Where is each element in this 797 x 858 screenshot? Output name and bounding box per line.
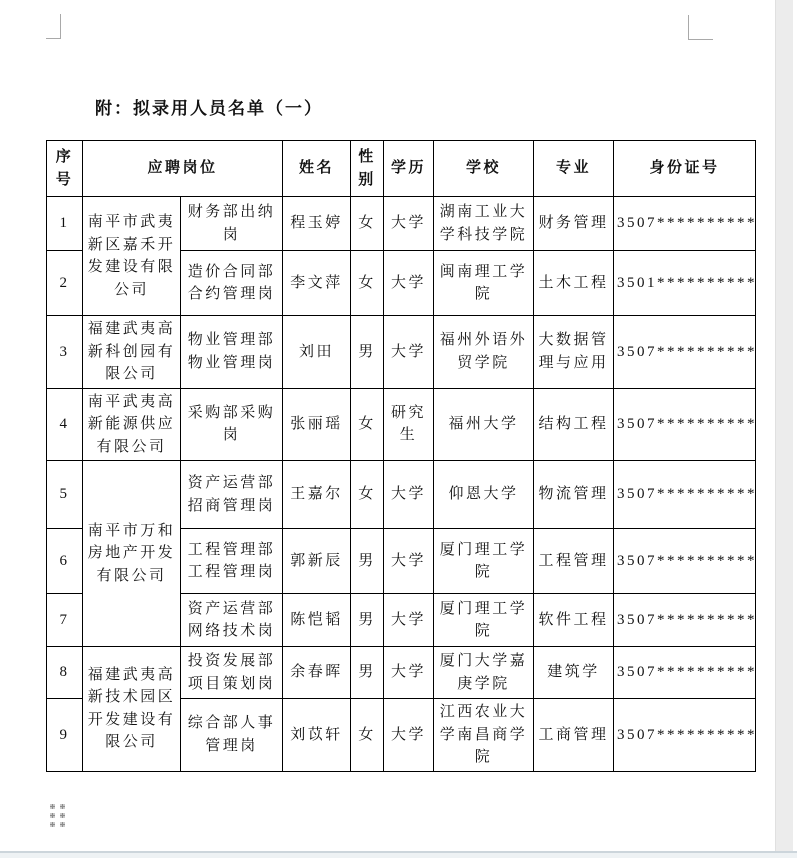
cell-school: 江西农业大学南昌商学院	[434, 699, 534, 772]
cell-major: 工商管理	[534, 699, 614, 772]
cell-name: 王嘉尔	[283, 461, 351, 529]
cell-school: 福州外语外贸学院	[434, 316, 534, 389]
dot-icon	[60, 813, 65, 818]
col-header-position: 应聘岗位	[83, 141, 283, 197]
table-row: 8福建武夷高新技术园区开发建设有限公司投资发展部项目策划岗余春晖男大学厦门大学嘉…	[47, 647, 756, 699]
cell-id-number: 3507**********493X	[614, 529, 756, 594]
cell-name: 刘苡轩	[283, 699, 351, 772]
cell-gender: 男	[351, 529, 384, 594]
cell-gender: 女	[351, 461, 384, 529]
cell-company: 南平武夷高新能源供应有限公司	[83, 388, 181, 461]
cell-name: 程玉婷	[283, 197, 351, 251]
margin-corner-mark-left-icon	[46, 14, 61, 39]
cell-no: 6	[47, 529, 83, 594]
margin-corner-mark-right-icon	[688, 15, 713, 40]
col-header-gender: 性别	[351, 141, 384, 197]
cell-school: 闽南理工学院	[434, 251, 534, 316]
cell-education: 大学	[384, 529, 434, 594]
table-row: 4南平武夷高新能源供应有限公司采购部采购岗张丽瑶女研究生福州大学结构工程3507…	[47, 388, 756, 461]
cell-id-number: 3507**********3522	[614, 197, 756, 251]
dot-icon	[50, 804, 55, 809]
col-header-id-number: 身份证号	[614, 141, 756, 197]
cell-position: 资产运营部网络技术岗	[181, 594, 283, 647]
cell-major: 大数据管理与应用	[534, 316, 614, 389]
cell-position: 工程管理部工程管理岗	[181, 529, 283, 594]
cell-major: 工程管理	[534, 529, 614, 594]
cell-education: 大学	[384, 197, 434, 251]
cell-no: 5	[47, 461, 83, 529]
dot-icon	[50, 813, 55, 818]
dot-icon	[50, 822, 55, 827]
cell-name: 陈恺韬	[283, 594, 351, 647]
cell-school: 厦门大学嘉庚学院	[434, 647, 534, 699]
cell-id-number: 3507**********7566	[614, 699, 756, 772]
cell-education: 大学	[384, 316, 434, 389]
page-bottom-edge	[0, 851, 797, 858]
cell-education: 大学	[384, 251, 434, 316]
cell-major: 土木工程	[534, 251, 614, 316]
cell-no: 7	[47, 594, 83, 647]
cell-name: 李文萍	[283, 251, 351, 316]
cell-education: 大学	[384, 699, 434, 772]
cell-no: 2	[47, 251, 83, 316]
cell-id-number: 3501**********2828	[614, 251, 756, 316]
cell-no: 8	[47, 647, 83, 699]
col-header-name: 姓名	[283, 141, 351, 197]
cell-name: 刘田	[283, 316, 351, 389]
cell-no: 1	[47, 197, 83, 251]
cell-id-number: 3507**********0017	[614, 316, 756, 389]
col-header-education: 学历	[384, 141, 434, 197]
table-header-row: 序号 应聘岗位 姓名 性别 学历 学校 专业 身份证号	[47, 141, 756, 197]
cell-id-number: 3507**********0021	[614, 461, 756, 529]
cell-position: 财务部出纳岗	[181, 197, 283, 251]
cell-gender: 男	[351, 594, 384, 647]
cell-major: 结构工程	[534, 388, 614, 461]
drag-handle-dots-icon[interactable]	[50, 804, 65, 827]
cell-position: 造价合同部合约管理岗	[181, 251, 283, 316]
cell-school: 厦门理工学院	[434, 529, 534, 594]
cell-name: 余春晖	[283, 647, 351, 699]
cell-education: 大学	[384, 594, 434, 647]
cell-gender: 女	[351, 251, 384, 316]
candidates-table: 序号 应聘岗位 姓名 性别 学历 学校 专业 身份证号 1南平市武夷新区嘉禾开发…	[46, 140, 756, 772]
dot-icon	[60, 822, 65, 827]
cell-gender: 女	[351, 388, 384, 461]
dot-icon	[60, 804, 65, 809]
table-row: 1南平市武夷新区嘉禾开发建设有限公司财务部出纳岗程玉婷女大学湖南工业大学科技学院…	[47, 197, 756, 251]
cell-school: 福州大学	[434, 388, 534, 461]
cell-company: 南平市万和房地产开发有限公司	[83, 461, 181, 647]
cell-name: 郭新辰	[283, 529, 351, 594]
cell-major: 财务管理	[534, 197, 614, 251]
cell-major: 软件工程	[534, 594, 614, 647]
cell-gender: 男	[351, 316, 384, 389]
col-header-major: 专业	[534, 141, 614, 197]
cell-company: 福建武夷高新科创园有限公司	[83, 316, 181, 389]
cell-no: 4	[47, 388, 83, 461]
cell-position: 投资发展部项目策划岗	[181, 647, 283, 699]
cell-no: 3	[47, 316, 83, 389]
col-header-no: 序号	[47, 141, 83, 197]
document-title: 附：拟录用人员名单（一）	[95, 94, 323, 119]
cell-education: 研究生	[384, 388, 434, 461]
table-row: 3福建武夷高新科创园有限公司物业管理部物业管理岗刘田男大学福州外语外贸学院大数据…	[47, 316, 756, 389]
document-page: 附：拟录用人员名单（一） 序号 应聘岗位 姓名 性别 学历 学校 专业 身份证号	[0, 0, 797, 858]
cell-gender: 男	[351, 647, 384, 699]
cell-school: 湖南工业大学科技学院	[434, 197, 534, 251]
table-row: 5南平市万和房地产开发有限公司资产运营部招商管理岗王嘉尔女大学仰恩大学物流管理3…	[47, 461, 756, 529]
cell-gender: 女	[351, 699, 384, 772]
cell-school: 厦门理工学院	[434, 594, 534, 647]
cell-position: 物业管理部物业管理岗	[181, 316, 283, 389]
cell-id-number: 3507**********6029	[614, 388, 756, 461]
cell-company: 福建武夷高新技术园区开发建设有限公司	[83, 647, 181, 772]
cell-education: 大学	[384, 647, 434, 699]
col-header-school: 学校	[434, 141, 534, 197]
cell-id-number: 3507**********0217	[614, 647, 756, 699]
cell-education: 大学	[384, 461, 434, 529]
cell-major: 物流管理	[534, 461, 614, 529]
cell-no: 9	[47, 699, 83, 772]
scrollbar-track[interactable]	[775, 0, 793, 852]
cell-major: 建筑学	[534, 647, 614, 699]
cell-name: 张丽瑶	[283, 388, 351, 461]
cell-school: 仰恩大学	[434, 461, 534, 529]
cell-gender: 女	[351, 197, 384, 251]
cell-company: 南平市武夷新区嘉禾开发建设有限公司	[83, 197, 181, 316]
cell-id-number: 3507**********0038	[614, 594, 756, 647]
cell-position: 采购部采购岗	[181, 388, 283, 461]
cell-position: 综合部人事管理岗	[181, 699, 283, 772]
cell-position: 资产运营部招商管理岗	[181, 461, 283, 529]
